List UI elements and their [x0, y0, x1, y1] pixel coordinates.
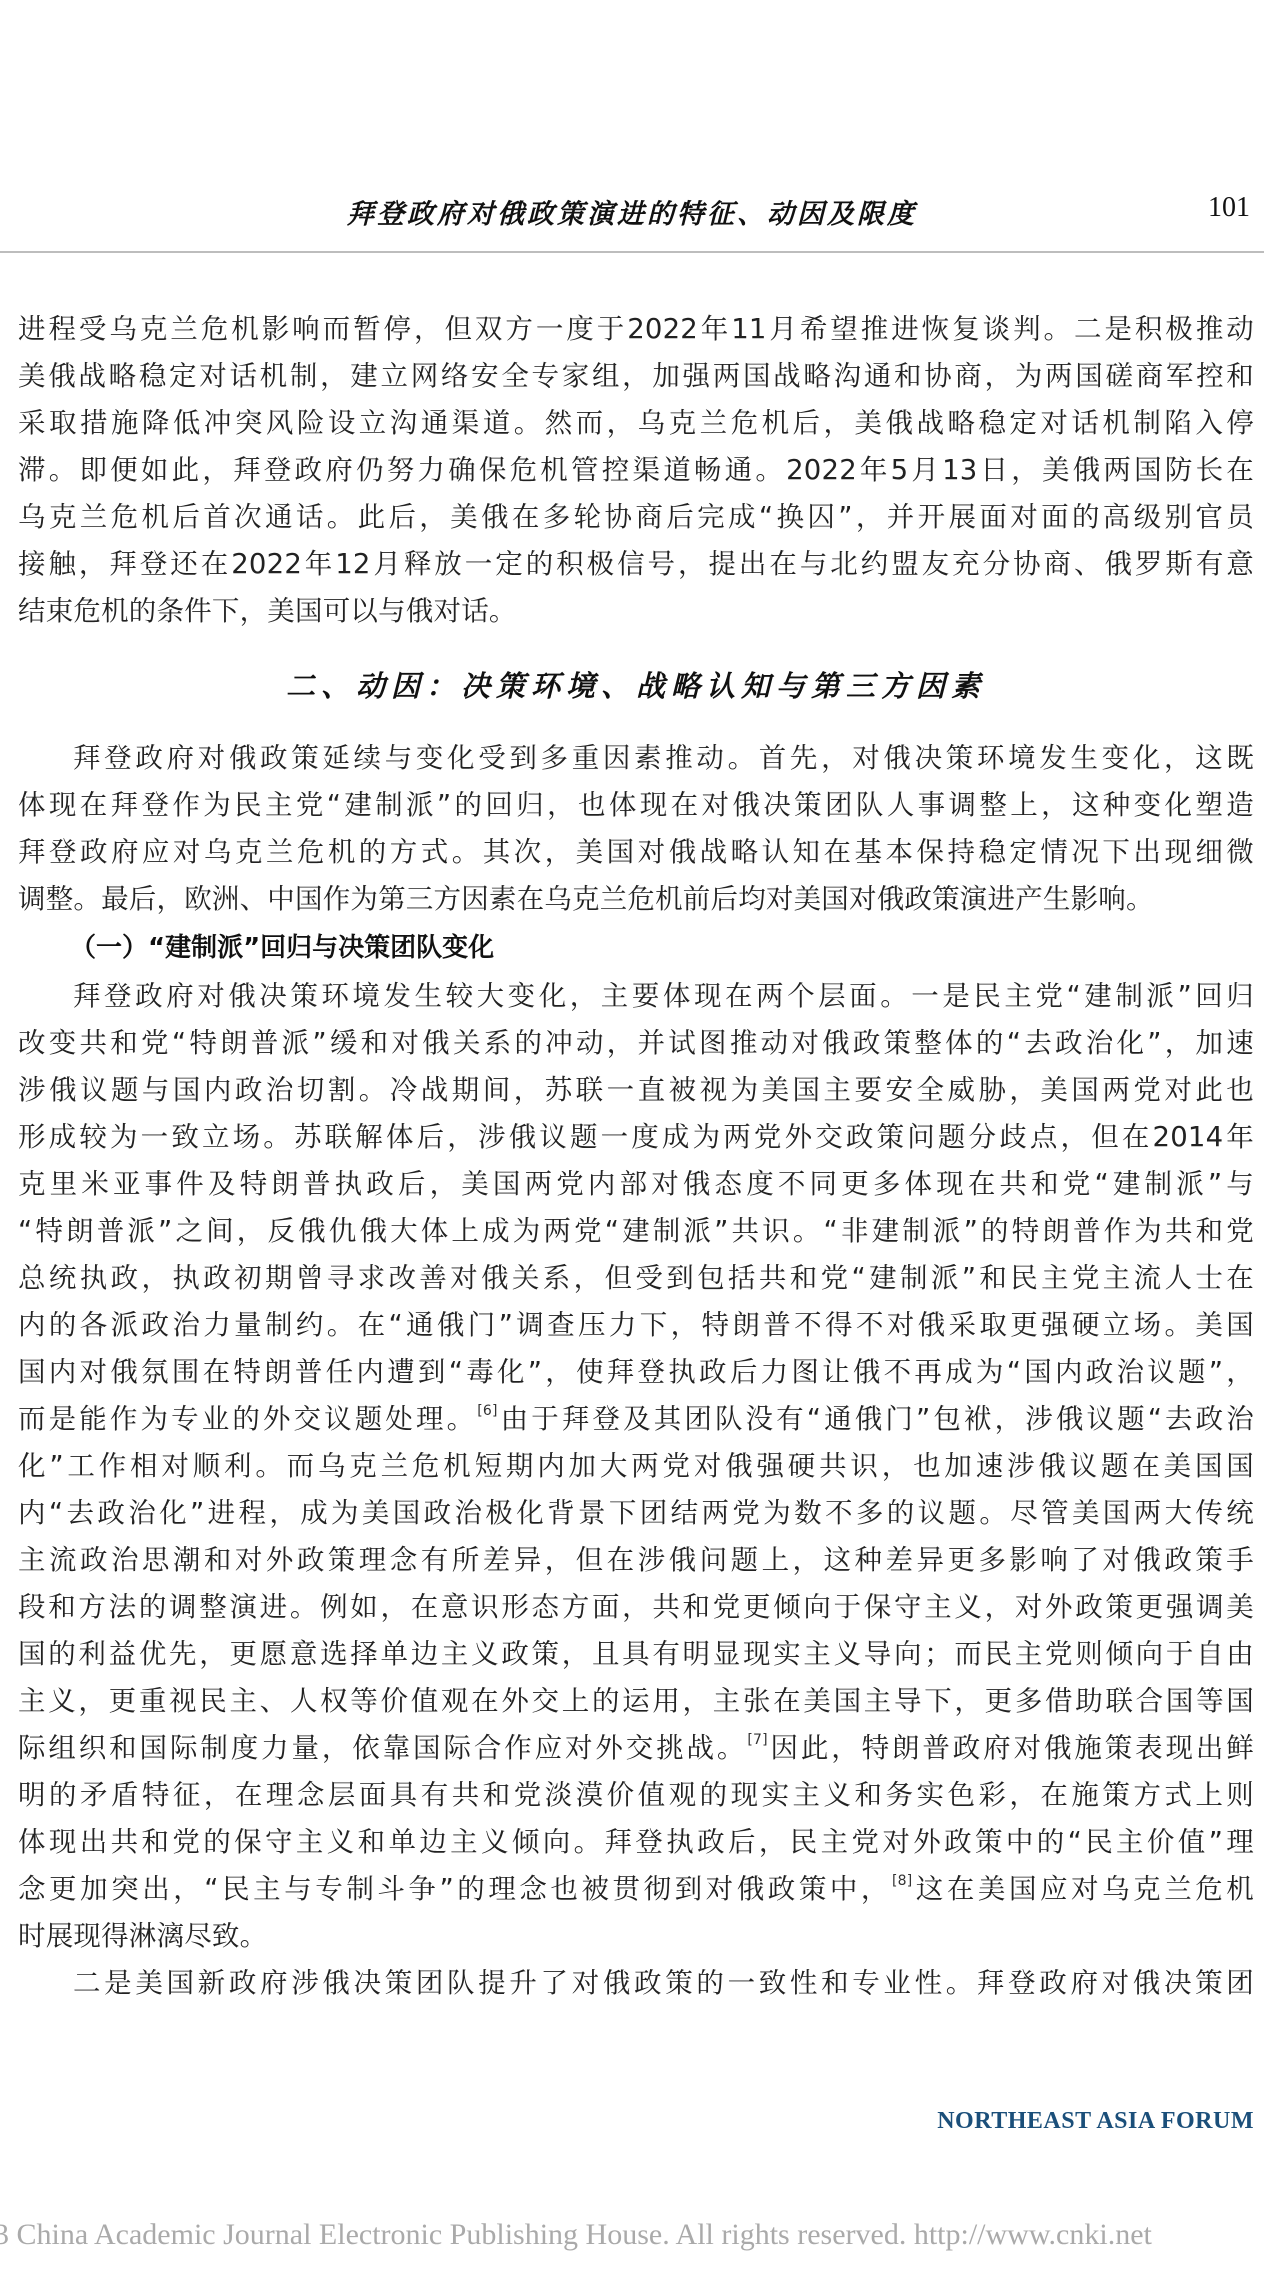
text-line: 拜登政府应对乌克兰危机的方式。其次，美国对俄战略认知在基本保持稳定情况下出现细微 — [18, 829, 1254, 876]
text-segment: 而是能作为专业的外交议题处理。 — [18, 1403, 477, 1435]
text-line: 际组织和国际制度力量，依靠国际合作应对外交挑战。[7]因此，特朗普政府对俄施策表… — [18, 1725, 1254, 1772]
copyright-notice: 3 China Academic Journal Electronic Publ… — [0, 2218, 1152, 2252]
journal-name: NORTHEAST ASIA FORUM — [937, 2108, 1254, 2135]
text-line: 国的利益优先，更愿意选择单边主义政策，且具有明显现实主义导向；而民主党则倾向于自… — [18, 1631, 1254, 1678]
text-segment: 由于拜登及其团队没有“通俄门”包袱，涉俄议题“去政治 — [498, 1403, 1254, 1435]
text-segment: 际组织和国际制度力量，依靠国际合作应对外交挑战。 — [18, 1732, 747, 1764]
text-line: 总统执政，执政初期曾寻求改善对俄关系，但受到包括共和党“建制派”和民主党主流人士… — [18, 1255, 1254, 1302]
subsection-paragraph-1: 拜登政府对俄决策环境发生较大变化，主要体现在两个层面。一是民主党“建制派”回归 … — [18, 973, 1254, 1960]
text-line: 接触，拜登还在2022年12月释放一定的积极信号，提出在与北约盟友充分协商、俄罗… — [18, 541, 1254, 588]
text-line: 内“去政治化”进程，成为美国政治极化背景下团结两党为数不多的议题。尽管美国两大传… — [18, 1490, 1254, 1537]
text-line: 内的各派政治力量制约。在“通俄门”调查压力下，特朗普不得不对俄采取更强硬立场。美… — [18, 1302, 1254, 1349]
text-line: 涉俄议题与国内政治切割。冷战期间，苏联一直被视为美国主要安全威胁，美国两党对此也 — [18, 1067, 1254, 1114]
text-segment: 因此，特朗普政府对俄施策表现出鲜 — [768, 1732, 1254, 1764]
text-line: 国内对俄氛围在特朗普任内遭到“毒化”，使拜登执政后力图让俄不再成为“国内政治议题… — [18, 1349, 1254, 1396]
section-heading: 二、动因：决策环境、战略认知与第三方因素 — [18, 641, 1254, 731]
text-line: 调整。最后，欧洲、中国作为第三方因素在乌克兰危机前后均对美国对俄政策演进产生影响… — [18, 876, 1254, 923]
running-title: 拜登政府对俄政策演进的特征、动因及限度 — [0, 192, 1264, 231]
text-line: 结束危机的条件下，美国可以与俄对话。 — [18, 588, 1254, 635]
running-head: 拜登政府对俄政策演进的特征、动因及限度 101 — [0, 190, 1264, 230]
subsection-heading: （一）“建制派”回归与决策团队变化 — [18, 923, 1254, 973]
subsection-paragraph-2: 二是美国新政府涉俄决策团队提升了对俄政策的一致性和专业性。拜登政府对俄决策团 — [18, 1960, 1254, 2007]
text-line: 克里米亚事件及特朗普执政后，美国两党内部对俄态度不同更多体现在共和党“建制派”与 — [18, 1161, 1254, 1208]
text-line: 段和方法的调整演进。例如，在意识形态方面，共和党更倾向于保守主义，对外政策更强调… — [18, 1584, 1254, 1631]
text-line: 采取措施降低冲突风险设立沟通渠道。然而，乌克兰危机后，美俄战略稳定对话机制陷入停 — [18, 400, 1254, 447]
article-body: 进程受乌克兰危机影响而暂停，但双方一度于2022年11月希望推进恢复谈判。二是积… — [18, 306, 1254, 2007]
page-number: 101 — [1208, 192, 1250, 224]
text-line: 时展现得淋漓尽致。 — [18, 1913, 1254, 1960]
text-line: 明的矛盾特征，在理念层面具有共和党淡漠价值观的现实主义和务实色彩，在施策方式上则 — [18, 1772, 1254, 1819]
text-line: 念更加突出，“民主与专制斗争”的理念也被贯彻到对俄政策中，[8]这在美国应对乌克… — [18, 1866, 1254, 1913]
text-line: 美俄战略稳定对话机制，建立网络安全专家组，加强两国战略沟通和协商，为两国磋商军控… — [18, 353, 1254, 400]
text-line: 改变共和党“特朗普派”缓和对俄关系的冲动，并试图推动对俄政策整体的“去政治化”，… — [18, 1020, 1254, 1067]
text-line: 体现出共和党的保守主义和单边主义倾向。拜登执政后，民主党对外政策中的“民主价值”… — [18, 1819, 1254, 1866]
text-segment: 这在美国应对乌克兰危机 — [912, 1873, 1254, 1905]
text-segment: 念更加突出，“民主与专制斗争”的理念也被贯彻到对俄政策中， — [18, 1873, 892, 1905]
text-line: 主流政治思潮和对外政策理念有所差异，但在涉俄问题上，这种差异更多影响了对俄政策手 — [18, 1537, 1254, 1584]
continued-paragraph: 进程受乌克兰危机影响而暂停，但双方一度于2022年11月希望推进恢复谈判。二是积… — [18, 306, 1254, 635]
text-line: 形成较为一致立场。苏联解体后，涉俄议题一度成为两党外交政策问题分歧点，但在201… — [18, 1114, 1254, 1161]
text-line: 滞。即便如此，拜登政府仍努力确保危机管控渠道畅通。2022年5月13日，美俄两国… — [18, 447, 1254, 494]
citation-ref-6[interactable]: [6] — [477, 1403, 497, 1419]
section-intro-paragraph: 拜登政府对俄政策延续与变化受到多重因素推动。首先，对俄决策环境发生变化，这既 体… — [18, 735, 1254, 923]
text-line: 而是能作为专业的外交议题处理。[6]由于拜登及其团队没有“通俄门”包袱，涉俄议题… — [18, 1396, 1254, 1443]
citation-ref-7[interactable]: [7] — [747, 1732, 767, 1748]
text-line: 体现在拜登作为民主党“建制派”的回归，也体现在对俄决策团队人事调整上，这种变化塑… — [18, 782, 1254, 829]
text-line: 进程受乌克兰危机影响而暂停，但双方一度于2022年11月希望推进恢复谈判。二是积… — [18, 306, 1254, 353]
text-line: “特朗普派”之间，反俄仇俄大体上成为两党“建制派”共识。“非建制派”的特朗普作为… — [18, 1208, 1254, 1255]
text-line: 主义，更重视民主、人权等价值观在外交上的运用，主张在美国主导下，更多借助联合国等… — [18, 1678, 1254, 1725]
text-line: 拜登政府对俄决策环境发生较大变化，主要体现在两个层面。一是民主党“建制派”回归 — [18, 973, 1254, 1020]
text-line: 化”工作相对顺利。而乌克兰危机短期内加大两党对俄强硬共识，也加速涉俄议题在美国国 — [18, 1443, 1254, 1490]
text-line: 二是美国新政府涉俄决策团队提升了对俄政策的一致性和专业性。拜登政府对俄决策团 — [18, 1960, 1254, 2007]
text-line: 乌克兰危机后首次通话。此后，美俄在多轮协商后完成“换囚”，并开展面对面的高级别官… — [18, 494, 1254, 541]
text-line: 拜登政府对俄政策延续与变化受到多重因素推动。首先，对俄决策环境发生变化，这既 — [18, 735, 1254, 782]
header-divider — [0, 251, 1264, 253]
citation-ref-8[interactable]: [8] — [892, 1873, 912, 1889]
